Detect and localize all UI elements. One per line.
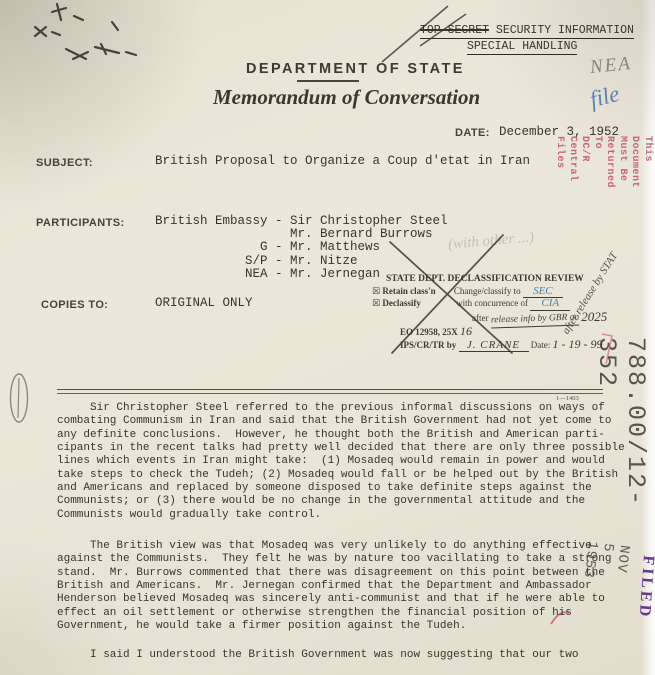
classification-slash-marks [370,0,490,70]
body-paragraph-2: The British view was that Mosadeq was ve… [57,540,612,633]
memo-title: Memorandum of Conversation [213,85,480,110]
margin-ellipse-mark [4,370,36,428]
divider-rule-bottom [57,393,603,394]
body-paragraph-3: I said I understood the British Governme… [57,649,579,662]
corner-scribbles [0,0,160,80]
form-number: 1—1403 [556,395,579,402]
return-stamp-line: Files [553,136,566,188]
date-label: DATE: [455,127,490,139]
return-to-files-stamp: This Document Must Be Returned To DC/R C… [553,136,653,188]
scanned-memo-page: { "classification": { "struck_text": "TO… [0,0,655,675]
divider-rule-top [57,389,603,390]
copies-to-label: COPIES TO: [41,299,108,311]
red-pencil-mark [598,330,618,370]
department-title-rule [297,80,359,82]
department-title: DEPARTMENT OF STATE [246,61,465,77]
subject-value: British Proposal to Organize a Coup d'et… [155,155,530,168]
copies-to-value: ORIGINAL ONLY [155,297,253,310]
filed-stamp: FILED [635,555,655,620]
return-stamp-line: This Document Must Be Returned To [591,136,654,188]
body-paragraph-1: Sir Christopher Steel referred to the pr… [57,402,625,522]
file-handwritten-note: file [587,81,622,113]
return-stamp-line: Central [566,136,579,188]
participants-label: PARTICIPANTS: [36,217,125,229]
nea-handwritten-note: NEA [589,53,633,79]
subject-label: SUBJECT: [36,157,93,169]
classification-rest: SECURITY INFORMATION [489,24,634,37]
return-stamp-line: DC/R [578,136,591,188]
stamp-cross-out-marks [370,220,550,365]
